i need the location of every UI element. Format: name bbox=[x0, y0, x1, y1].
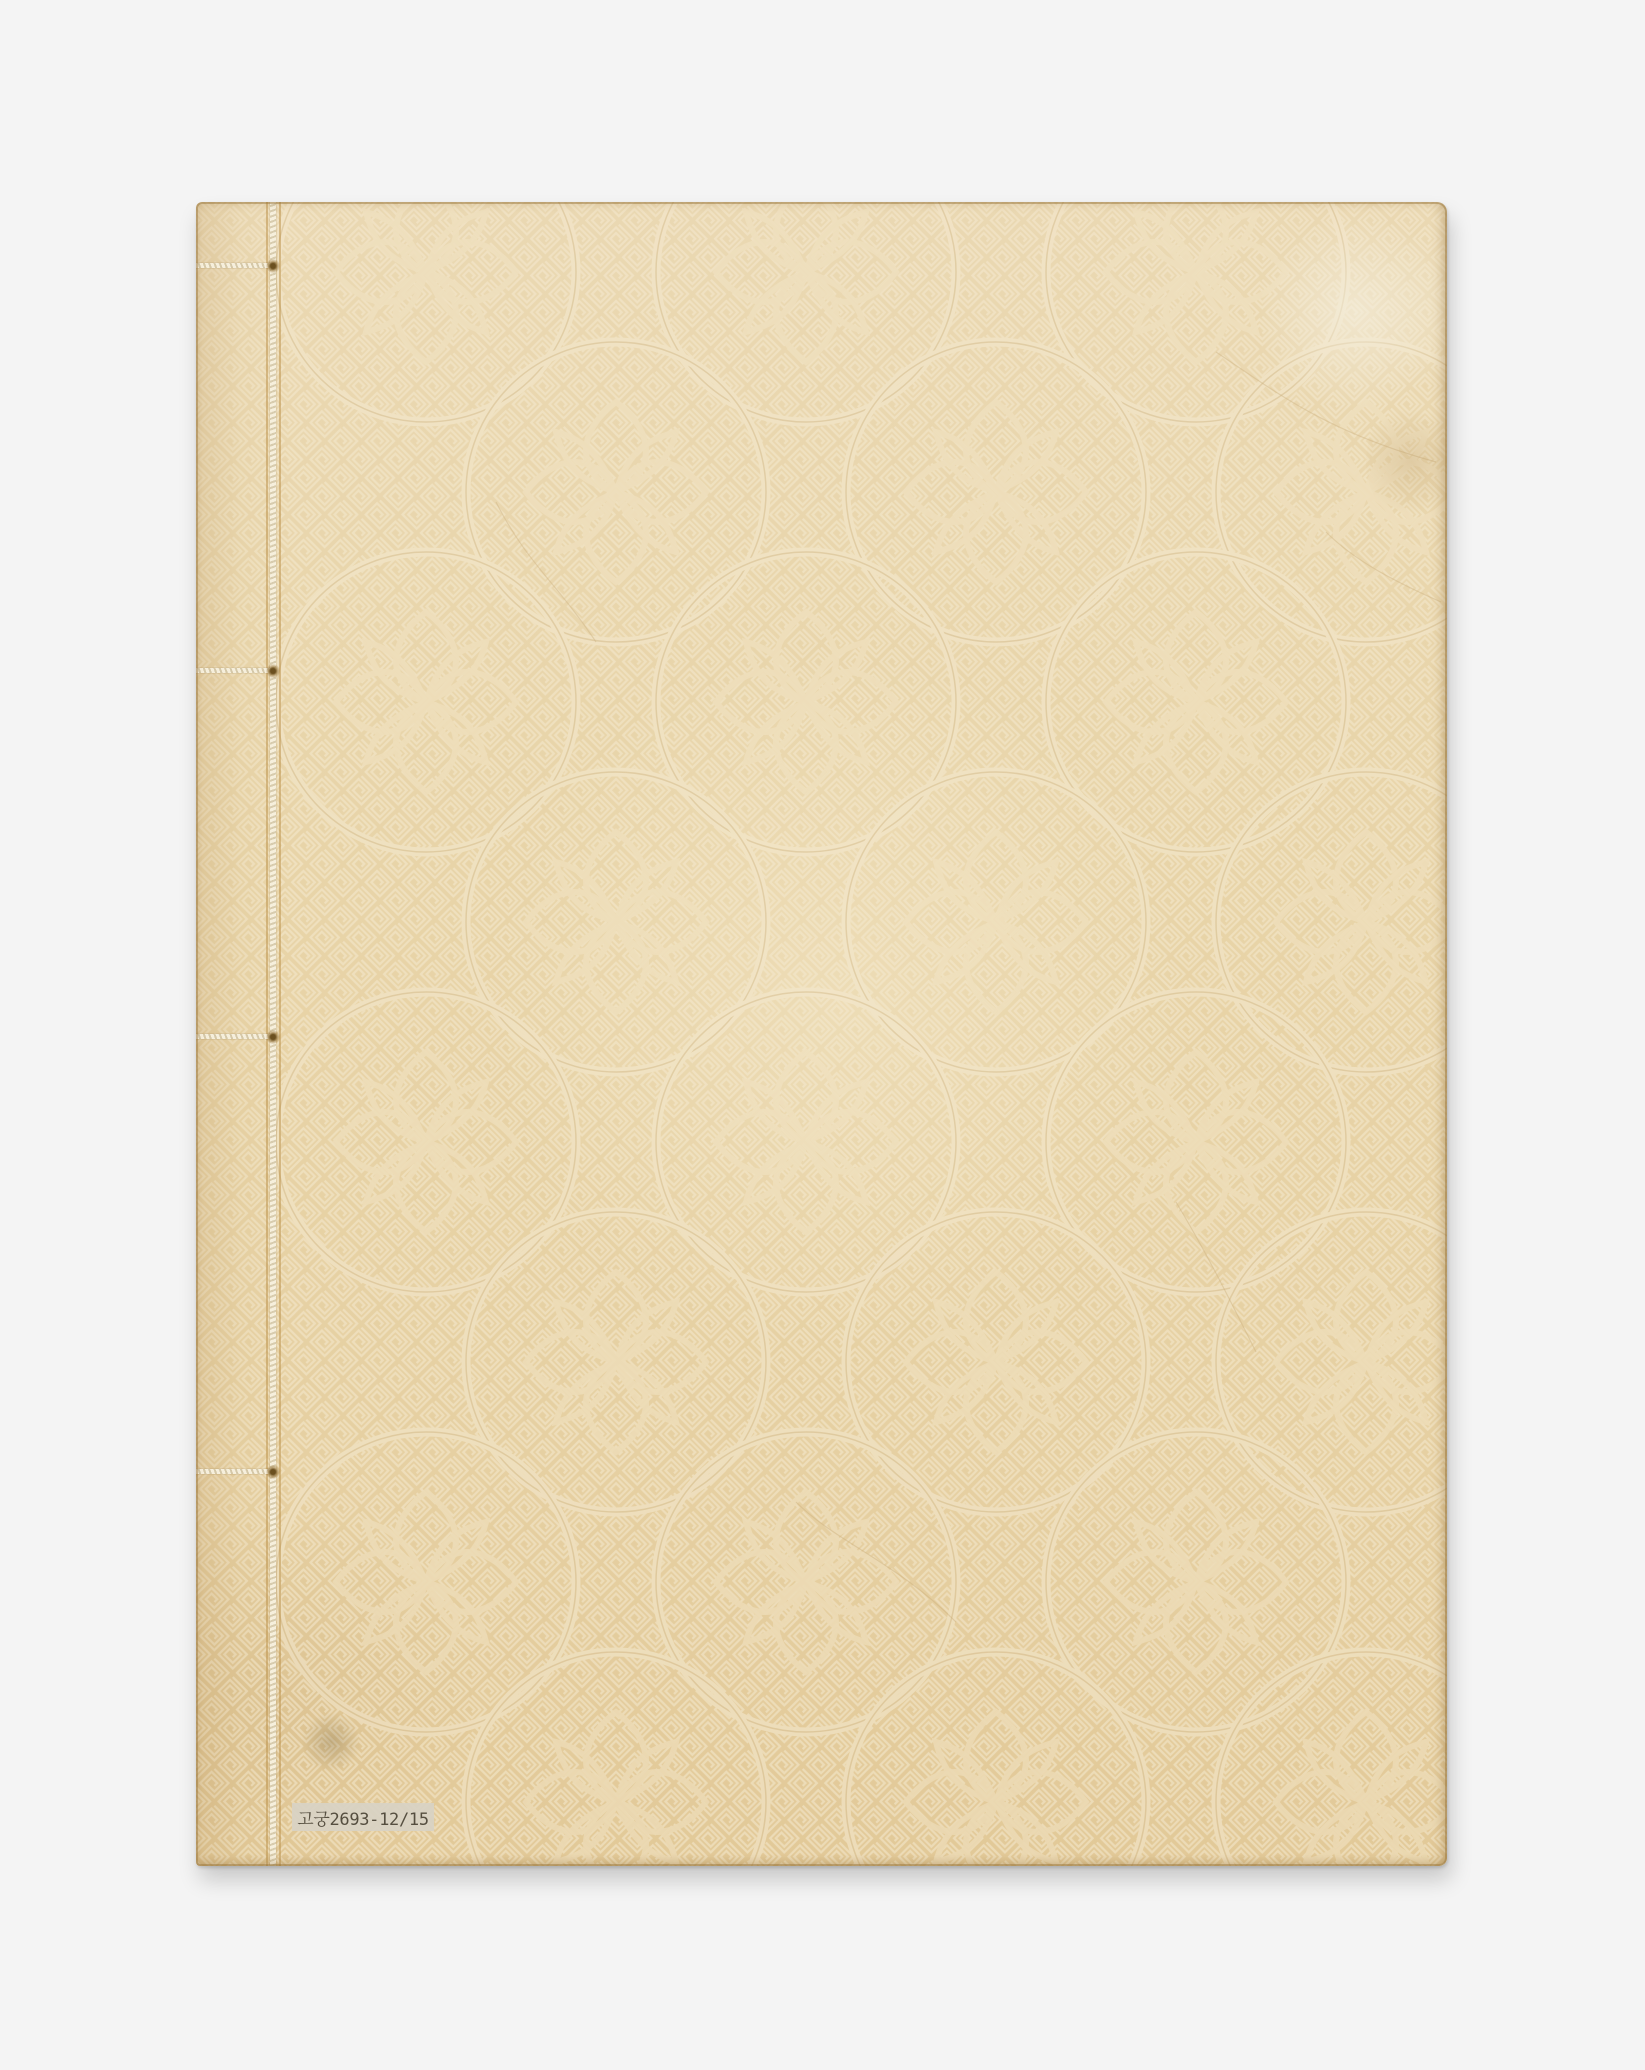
stain bbox=[1256, 212, 1447, 412]
binding-thread-horizontal bbox=[196, 263, 274, 268]
binding-thread-horizontal bbox=[196, 1469, 274, 1474]
stain bbox=[301, 1712, 361, 1772]
book-cover: 고궁2693-12/15 bbox=[196, 202, 1447, 1866]
catalog-label: 고궁2693-12/15 bbox=[292, 1803, 434, 1831]
stitch-hole bbox=[266, 664, 280, 678]
binding-thread-horizontal bbox=[196, 1034, 274, 1039]
stitch-hole bbox=[266, 259, 280, 273]
stitch-hole bbox=[266, 1030, 280, 1044]
stitch-hole bbox=[266, 1465, 280, 1479]
binding-thread-horizontal bbox=[196, 668, 274, 673]
stain bbox=[1366, 402, 1447, 522]
embossed-pattern bbox=[196, 202, 1447, 1866]
